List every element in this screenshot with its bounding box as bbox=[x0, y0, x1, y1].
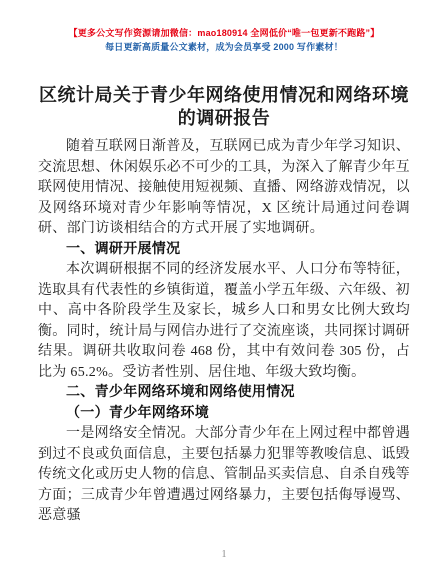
promo-banner-line-red: 【更多公文写作资源请加微信：mao180914 全网低价“唯一包更新不跑路”】 bbox=[38, 26, 410, 40]
promo-banner: 【更多公文写作资源请加微信：mao180914 全网低价“唯一包更新不跑路”】 … bbox=[38, 26, 410, 54]
section-heading: 一、调研开展情况 bbox=[38, 240, 410, 261]
promo-banner-line-blue: 每日更新高质量公文素材，成为会员享受 2000 写作素材！ bbox=[38, 40, 410, 54]
page-number: 1 bbox=[0, 549, 448, 560]
document-body: 随着互联网日渐普及，互联网已成为青少年学习知识、交流思想、休闲娱乐必不可少的工具… bbox=[38, 137, 410, 527]
document-page: 【更多公文写作资源请加微信：mao180914 全网低价“唯一包更新不跑路”】 … bbox=[0, 0, 448, 580]
document-title: 区统计局关于青少年网络使用情况和网络环境的调研报告 bbox=[38, 84, 410, 130]
paragraph: 本次调研根据不同的经济发展水平、人口分布等特征，选取具有代表性的乡镇街道，覆盖小… bbox=[38, 260, 410, 383]
paragraph: 随着互联网日渐普及，互联网已成为青少年学习知识、交流思想、休闲娱乐必不可少的工具… bbox=[38, 137, 410, 240]
section-heading: （一）青少年网络环境 bbox=[38, 404, 410, 425]
paragraph: 一是网络安全情况。大部分青少年在上网过程中都曾遇到过不良或负面信息，主要包括暴力… bbox=[38, 424, 410, 527]
section-heading: 二、青少年网络环境和网络使用情况 bbox=[38, 383, 410, 404]
